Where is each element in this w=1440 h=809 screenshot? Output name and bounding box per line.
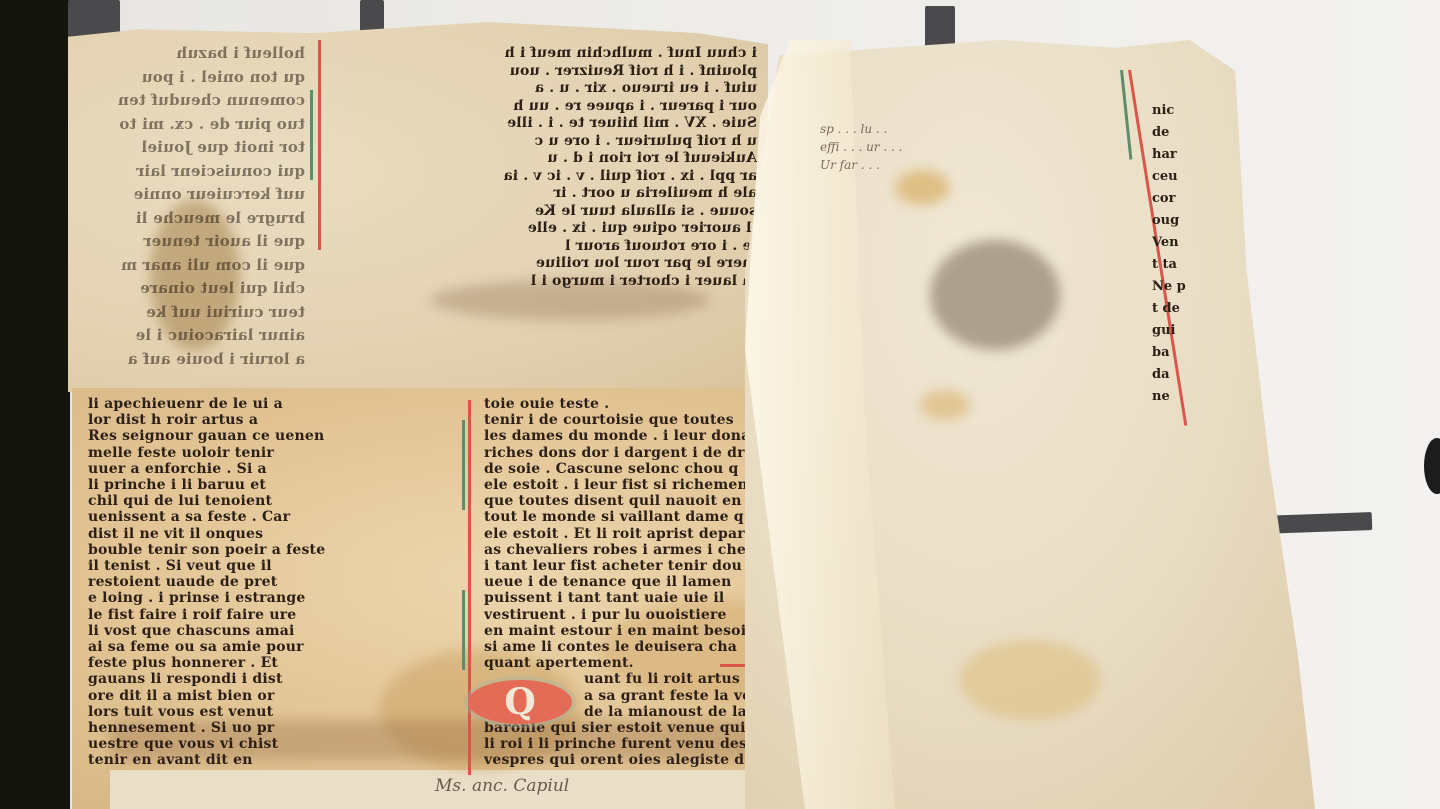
stain (930, 240, 1060, 350)
manuscript-column-right-edge: nicde harceu coroug Vent ta Ne pt de gui… (1152, 100, 1186, 408)
rubric-line-green (462, 590, 465, 670)
stain (960, 640, 1100, 720)
stain (895, 170, 950, 205)
rubric-line-red (318, 40, 321, 250)
marginal-notes: sp . . . lu . . effi . . . ur . . . Ur f… (820, 120, 903, 174)
shelfmark-signature: Ms. anc. Capiul (435, 776, 569, 796)
stain (920, 390, 970, 420)
rubric-line-red (468, 400, 471, 775)
rubric-line-green (310, 90, 313, 180)
dark-left-edge (0, 0, 70, 809)
manuscript-column-left: li apechieuenr de le ui alor dist h roir… (88, 396, 388, 769)
illuminated-initial: Q (468, 680, 572, 724)
mirrored-text-top-left: holleuf i bazuhqu ton oniel . i pou come… (85, 42, 305, 371)
rubric-line-green (462, 420, 465, 510)
mirrored-text-top-middle: i chuu Inuf . mulhchin meuf i hplouinf .… (402, 45, 757, 290)
